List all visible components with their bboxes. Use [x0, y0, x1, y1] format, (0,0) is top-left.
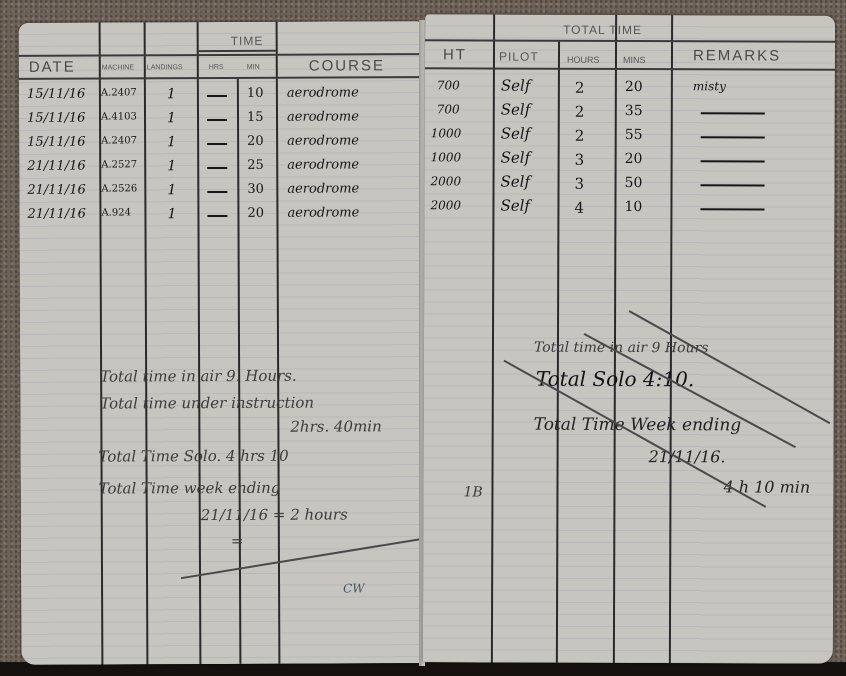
row-hours: 3: [575, 151, 585, 169]
row-mins: 10: [624, 199, 642, 215]
row-min: 20: [247, 206, 264, 221]
row-landings: 1: [167, 182, 176, 198]
summary-note: Total time in air 9. Hours.: [100, 367, 297, 386]
header-rule: [19, 76, 421, 79]
row-pilot: Self: [501, 125, 531, 143]
row-date: 21/11/16: [27, 207, 85, 222]
row-remarks-dash: [700, 208, 764, 210]
row-hrs-dash: [207, 119, 227, 121]
row-hours: 2: [575, 127, 585, 145]
row-hours: 4: [574, 199, 584, 217]
header-total-time: TOTAL TIME: [563, 23, 642, 37]
row-hrs-dash: [207, 95, 227, 97]
summary-note: Total Time Solo. 4 hrs 10: [98, 447, 288, 466]
column-rule: [491, 15, 495, 663]
column-rule: [197, 22, 202, 664]
row-mins: 20: [625, 79, 643, 95]
row-height: 1000: [431, 150, 462, 164]
row-machine: A.2526: [101, 183, 137, 194]
row-hours: 2: [575, 79, 585, 97]
header-machine: MACHINE: [102, 64, 134, 71]
header-hours: HOURS: [567, 55, 600, 65]
header-rule: [19, 53, 421, 56]
row-remarks-dash: [701, 112, 765, 114]
row-min: 25: [247, 158, 264, 173]
summary-note: =: [231, 532, 244, 550]
row-date: 15/11/16: [27, 111, 85, 126]
row-remarks-dash: [701, 184, 765, 186]
row-pilot: Self: [501, 149, 531, 167]
column-rule: [276, 22, 281, 664]
row-course: aerodrome: [287, 109, 359, 124]
row-mins: 55: [625, 127, 643, 143]
row-date: 21/11/16: [27, 159, 85, 174]
header-hrs: HRS: [209, 64, 224, 71]
row-date: 21/11/16: [27, 183, 85, 198]
row-height: 1000: [431, 126, 462, 140]
row-landings: 1: [167, 110, 176, 126]
row-course: aerodrome: [287, 205, 359, 220]
row-pilot: Self: [501, 173, 531, 191]
summary-note: 4 h 10 min: [723, 477, 810, 496]
header-mins: MINS: [623, 55, 646, 65]
row-pilot: Self: [501, 77, 531, 95]
row-min: 20: [247, 134, 264, 149]
summary-note: 2hrs. 40min: [290, 417, 381, 435]
row-hrs-dash: [207, 143, 227, 145]
header-ht: HT: [443, 46, 467, 63]
header-time: TIME: [231, 34, 264, 48]
header-min: MIN: [247, 64, 260, 71]
row-machine: A.4103: [101, 111, 137, 122]
row-machine: A.2407: [101, 135, 137, 146]
pencil-underline: [181, 537, 428, 579]
flight-rows-left: 15/11/16A.2407110aerodrome15/11/16A.4103…: [19, 21, 421, 23]
row-min: 15: [247, 110, 264, 125]
column-rule: [144, 22, 149, 664]
row-height: 2000: [430, 198, 461, 212]
summary-note: 21/11/16 = 2 hours: [201, 505, 348, 524]
left-page: DATE MACHINE LANDINGS TIME HRS MIN COURS…: [19, 21, 424, 665]
row-hours: 3: [575, 175, 585, 193]
row-course: aerodrome: [287, 133, 359, 148]
row-landings: 1: [167, 134, 176, 150]
row-mins: 50: [625, 175, 643, 191]
row-course: aerodrome: [287, 157, 359, 172]
row-date: 15/11/16: [27, 135, 85, 150]
summary-note: Total time under instruction: [100, 394, 314, 413]
header-date: DATE: [29, 59, 76, 76]
row-height: 2000: [431, 174, 462, 188]
header-rule: [425, 67, 835, 70]
right-page: HT PILOT TOTAL TIME HOURS MINS REMARKS 7…: [423, 14, 835, 663]
row-remarks: misty: [693, 79, 726, 93]
row-mins: 35: [625, 103, 643, 119]
row-machine: A.2527: [101, 159, 137, 170]
column-rule: [613, 15, 617, 663]
row-remarks-dash: [701, 136, 765, 138]
flight-rows-right: 700Self220misty700Self2351000Self2551000…: [425, 14, 835, 15]
row-course: aerodrome: [287, 85, 359, 100]
header-remarks: REMARKS: [693, 47, 781, 64]
right-summary-notes: Total time in air 9 HoursTotal Solo 4:10…: [425, 14, 835, 15]
initials: CW: [343, 581, 365, 595]
row-min: 10: [247, 86, 264, 101]
row-hrs-dash: [207, 191, 227, 193]
header-rule: [197, 50, 276, 52]
row-pilot: Self: [501, 101, 531, 119]
row-landings: 1: [167, 206, 176, 222]
row-landings: 1: [167, 86, 176, 102]
margin-mark: 1B: [463, 484, 482, 500]
row-min: 30: [247, 182, 264, 197]
row-height: 700: [437, 78, 460, 92]
column-rule: [669, 15, 673, 663]
row-date: 15/11/16: [27, 87, 85, 102]
header-course: COURSE: [309, 57, 385, 74]
row-landings: 1: [167, 158, 176, 174]
row-hrs-dash: [207, 167, 227, 169]
row-mins: 20: [625, 151, 643, 167]
row-machine: A.2407: [101, 87, 137, 98]
row-machine: A.924: [101, 207, 131, 218]
left-summary-notes: Total time in air 9. Hours.Total time un…: [19, 21, 421, 23]
row-remarks-dash: [701, 160, 765, 162]
row-hrs-dash: [207, 215, 227, 217]
header-rule: [425, 39, 835, 42]
row-pilot: Self: [500, 197, 530, 215]
summary-note: Total Time Week ending: [534, 415, 742, 436]
row-hours: 2: [575, 103, 585, 121]
row-height: 700: [437, 102, 460, 116]
row-course: aerodrome: [287, 181, 359, 196]
header-pilot: PILOT: [499, 50, 539, 64]
header-landings: LANDINGS: [147, 64, 183, 71]
summary-note: Total Time week ending: [99, 479, 281, 498]
